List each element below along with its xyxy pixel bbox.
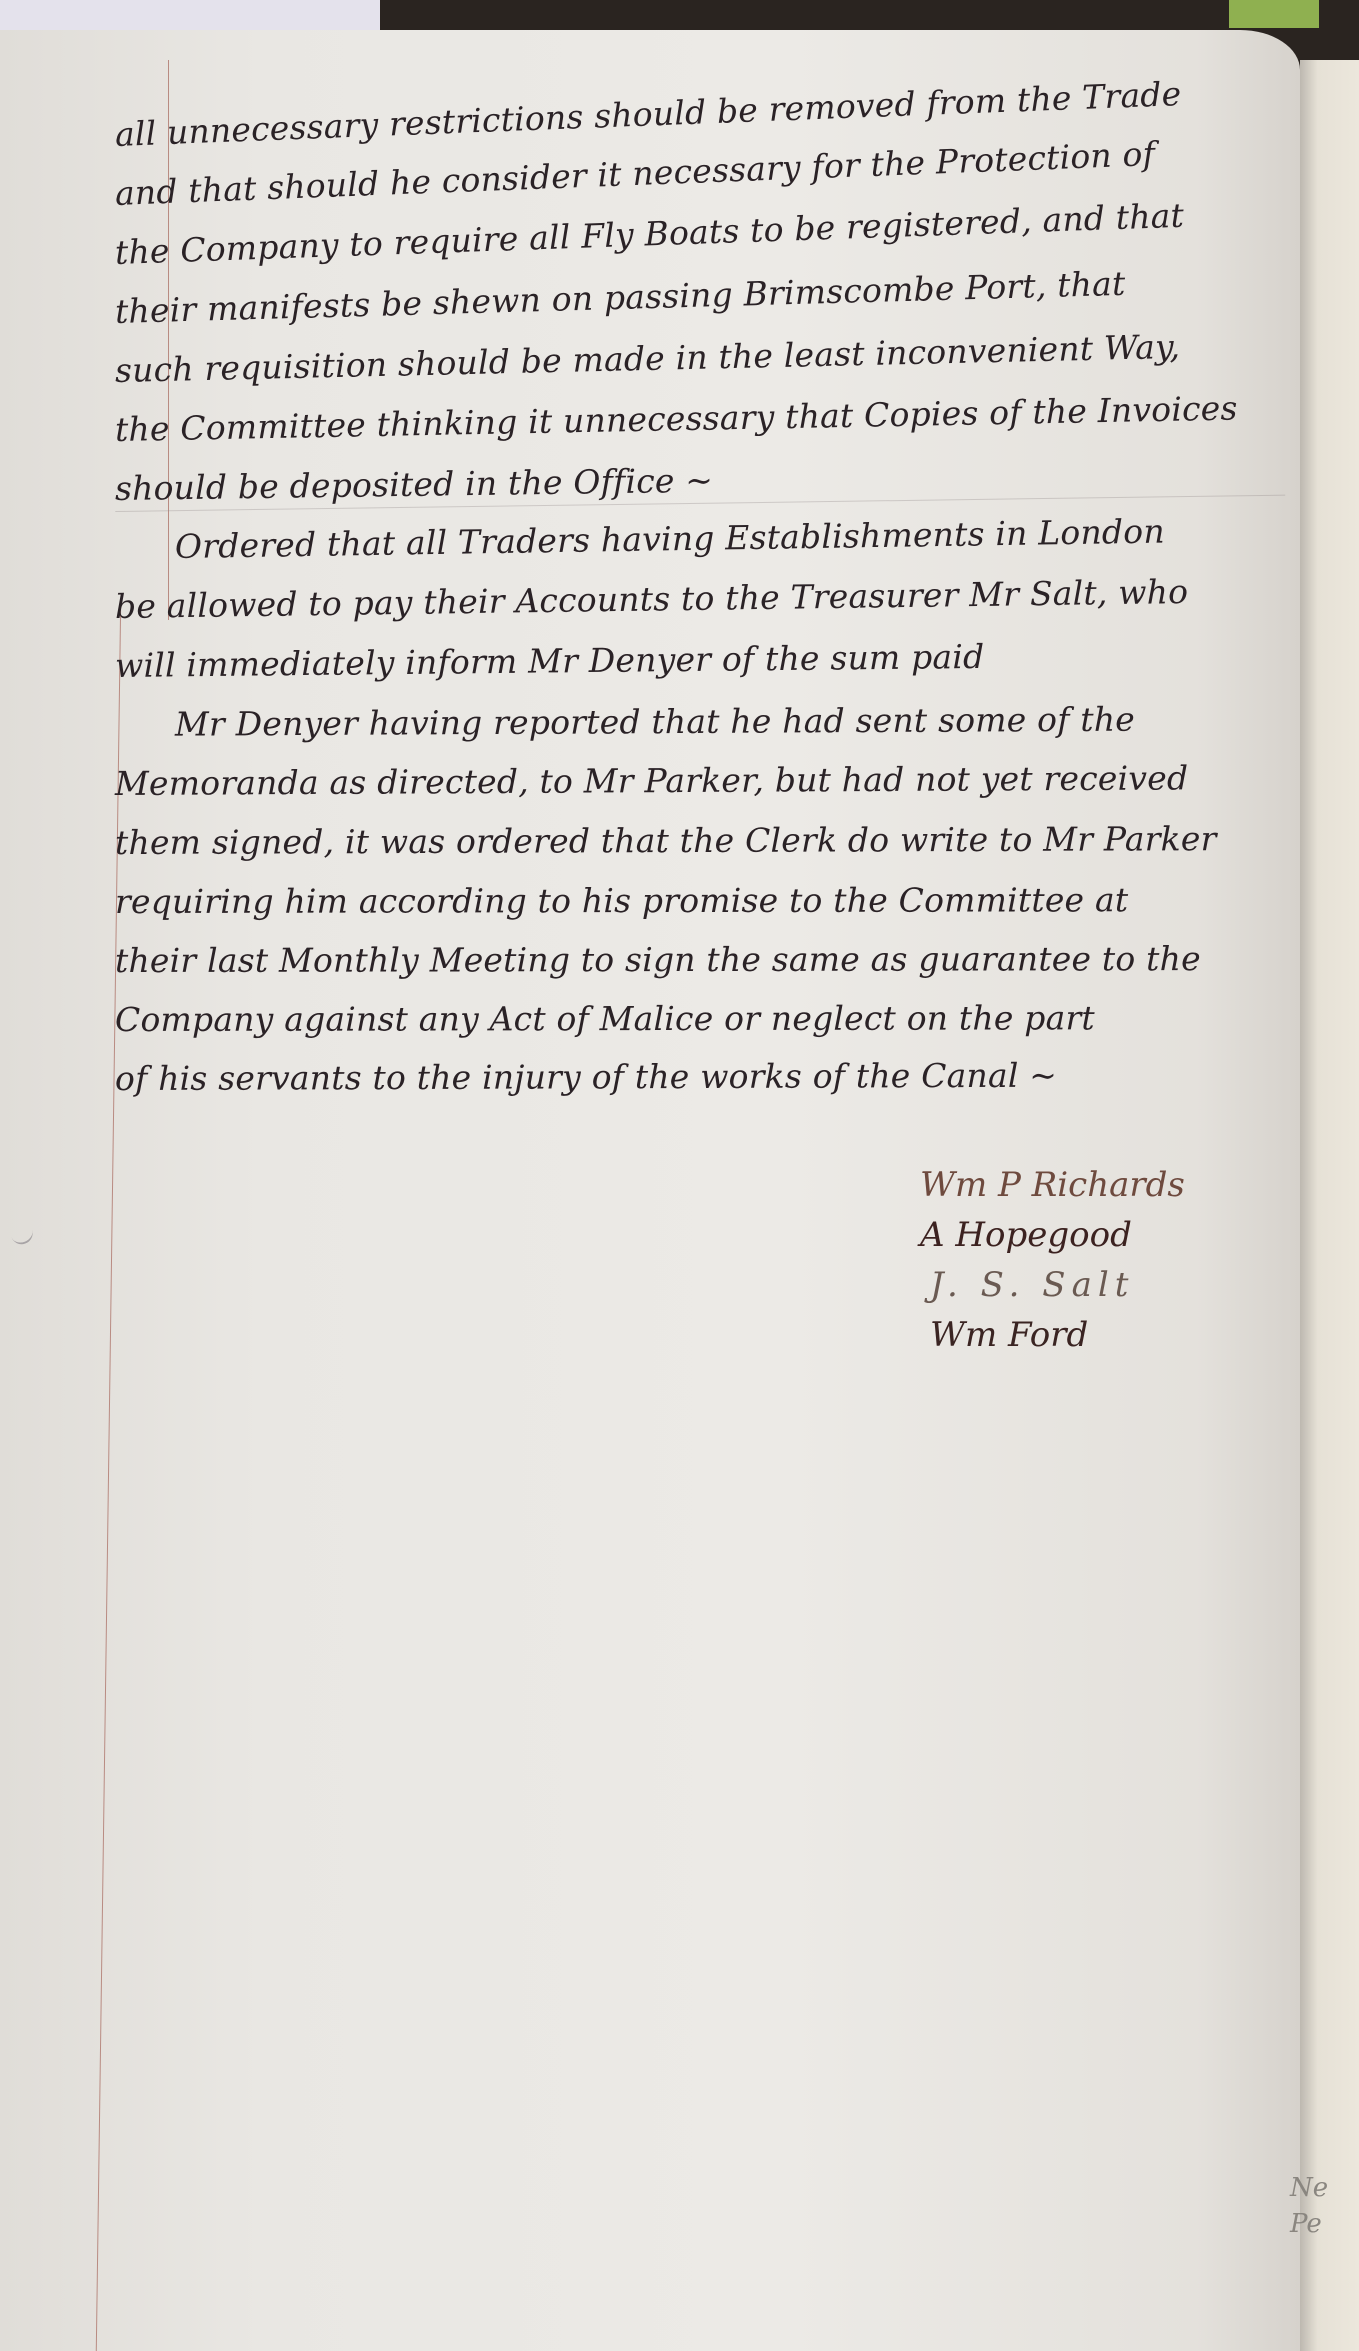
manuscript-line: Memoranda as directed, to Mr Parker, but…	[115, 748, 1285, 813]
manuscript-line: will immediately inform Mr Denyer of the…	[115, 624, 1286, 695]
line-text: the Committee thinking it unnecessary th…	[115, 388, 1238, 449]
manuscript-body: all unnecessary restrictions should be r…	[115, 105, 1285, 1108]
line-text: should be deposited in the Office ~	[115, 461, 714, 508]
signature: Wm P Richards	[900, 1160, 1260, 1210]
line-text: Memoranda as directed, to Mr Parker, but…	[115, 758, 1188, 803]
note-line: Pe	[1290, 2206, 1359, 2242]
line-text: their last Monthly Meeting to sign the s…	[115, 939, 1201, 980]
line-text: them signed, it was ordered that the Cle…	[115, 819, 1217, 862]
line-text: will immediately inform Mr Denyer of the…	[115, 637, 985, 685]
manuscript-line: of his servants to the injury of the wor…	[115, 1045, 1285, 1108]
signature-block: Wm P Richards A Hopegood J. S. Salt Wm F…	[900, 1160, 1260, 1360]
manuscript-line: requiring him according to his promise t…	[115, 870, 1285, 931]
adjacent-page-edge	[1300, 60, 1359, 2351]
manuscript-line: Company against any Act of Malice or neg…	[115, 988, 1285, 1049]
background-green-card	[1229, 0, 1319, 28]
line-text: Mr Denyer having reported that he had se…	[175, 700, 1135, 744]
line-text: requiring him according to his promise t…	[115, 880, 1128, 921]
signature: J. S. Salt	[900, 1260, 1260, 1310]
note-line: Ne	[1290, 2170, 1359, 2206]
line-text: Ordered that all Traders having Establis…	[175, 512, 1165, 567]
line-text: be allowed to pay their Accounts to the …	[115, 572, 1189, 626]
line-text: of his servants to the injury of the wor…	[115, 1056, 1057, 1098]
manuscript-line: their last Monthly Meeting to sign the s…	[115, 929, 1285, 990]
signature: Wm Ford	[900, 1310, 1260, 1360]
manuscript-line: them signed, it was ordered that the Cle…	[115, 809, 1285, 872]
adjacent-page-note: Ne Pe	[1290, 2170, 1359, 2242]
manuscript-line: Mr Denyer having reported that he had se…	[115, 689, 1285, 754]
line-text: Company against any Act of Malice or neg…	[115, 998, 1095, 1039]
signature: A Hopegood	[900, 1210, 1260, 1260]
